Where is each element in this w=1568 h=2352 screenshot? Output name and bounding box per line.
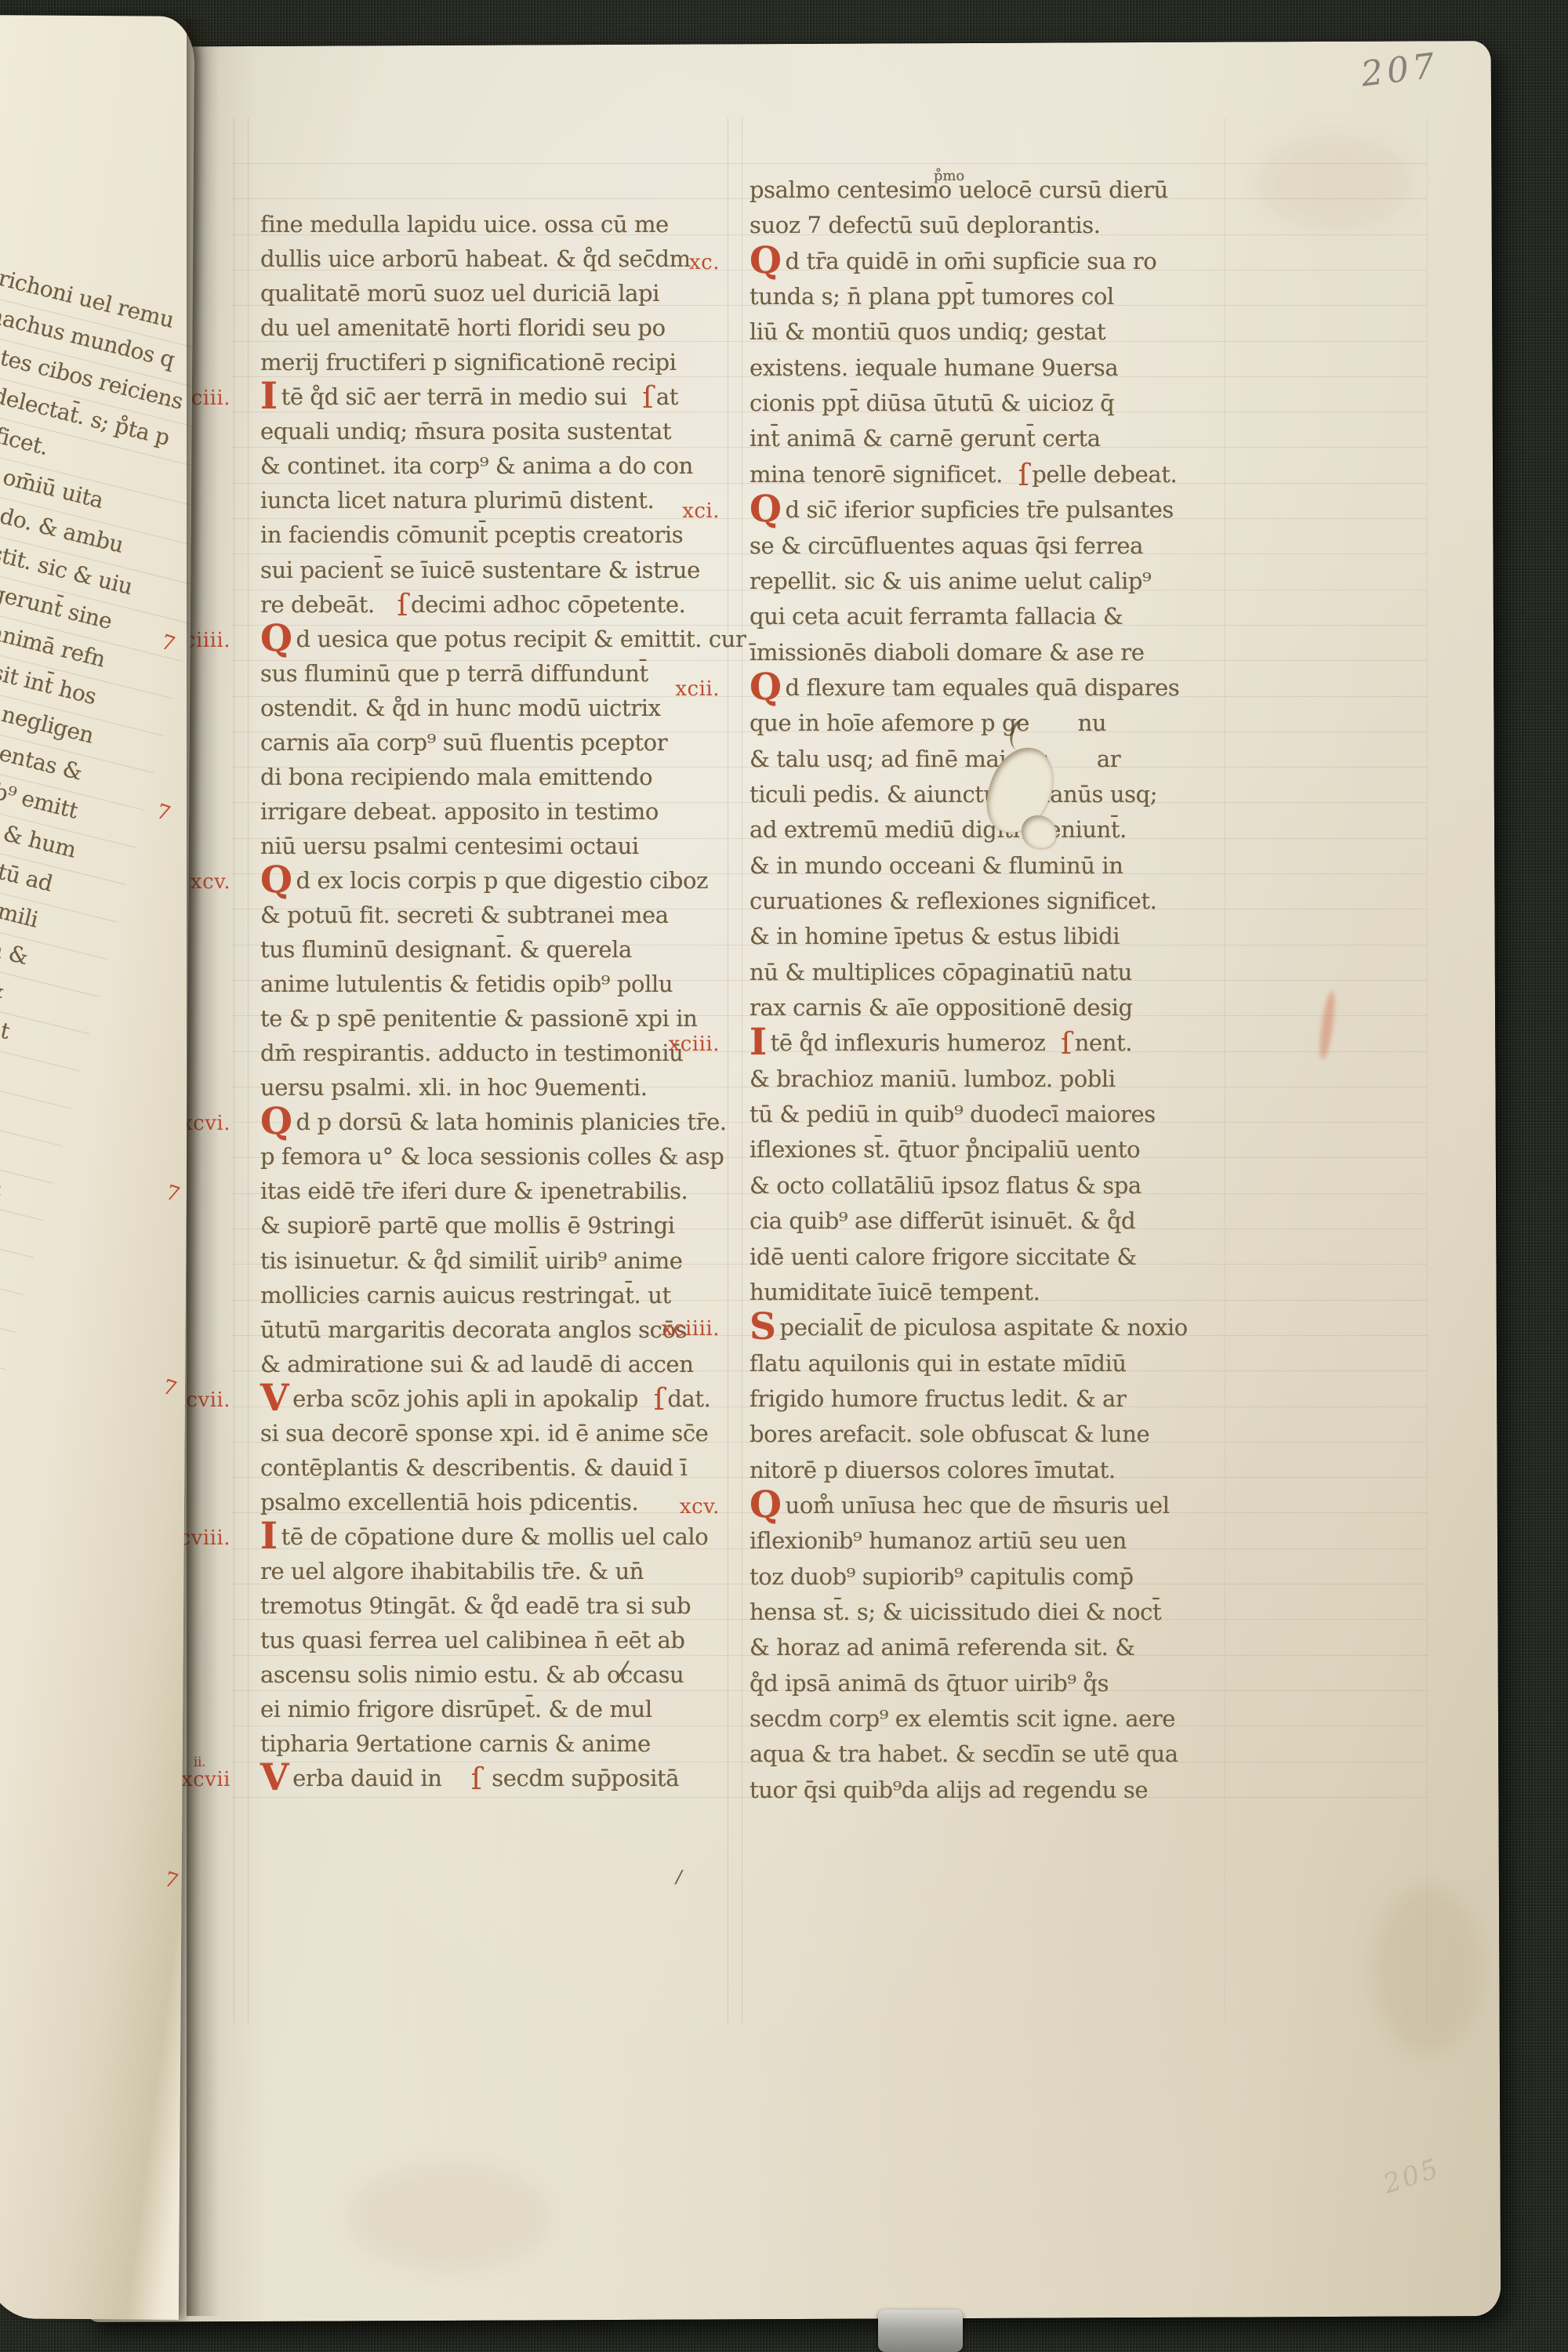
manuscript-line: nitorē p diuersos colores īmutat. bbox=[750, 1454, 1116, 1486]
manuscript-line: liū & montiū quos undiq; gestat bbox=[750, 316, 1105, 347]
manuscript-line: du uel amenitatē horti floridi seu po bbox=[260, 312, 666, 343]
rubric-initial: Q bbox=[750, 488, 782, 531]
manuscript-line: que in hoīe afemore p ge nu bbox=[750, 707, 1106, 739]
manuscript-line: di bona recipiendo mala emittendo bbox=[260, 761, 652, 793]
manuscript-line: curuationes & reflexiones significet. bbox=[750, 885, 1157, 916]
manuscript-line: tus quasi ferrea uel calibinea n̄ eēt a… bbox=[260, 1624, 685, 1656]
manuscript-line: int̄ animā & carnē gerunt̄ certa bbox=[750, 423, 1101, 454]
manuscript-line: xcv.Qd ex locis corpis p que digestio ci… bbox=[260, 865, 708, 896]
manuscript-line: dullis uice arborū habeat. & q̊d sec̄dm bbox=[260, 243, 691, 274]
manuscript-line: qualitatē morū suoz uel duriciā lapi bbox=[260, 278, 659, 309]
rule-line-vertical bbox=[1225, 118, 1225, 2023]
manuscript-line: se & circūfluentes aquas q̄si ferrea bbox=[750, 530, 1143, 561]
manuscript-line: xc.Qd tr̄a quidē in om̄i supficie sua r… bbox=[750, 245, 1156, 277]
manuscript-line: anime lutulentis & fetidis opib⁹ pollu bbox=[260, 968, 673, 1000]
rule-line-vertical bbox=[234, 118, 234, 2023]
manuscript-line: iflexiones st̄. q̄tuor p̊ncipaliū uento bbox=[750, 1134, 1140, 1165]
rule-line-vertical bbox=[248, 118, 249, 2023]
rule-line-horizontal bbox=[232, 163, 1427, 164]
manuscript-line: suoz 7 defectū suū deplorantis. bbox=[750, 209, 1101, 241]
rubric-initial: Q bbox=[260, 858, 292, 902]
manuscript-line: mollicies carnis auicus restringat̄. ut bbox=[260, 1279, 671, 1311]
interlinear-insertion: p̊mo bbox=[934, 161, 964, 192]
manuscript-line: & continet. ita corp⁹ & anima a do con bbox=[260, 450, 693, 481]
manuscript-line: tus fluminū designant̄. & querela bbox=[260, 934, 632, 965]
manuscript-line: & in homine īpetus & estus libidi bbox=[750, 920, 1120, 952]
manuscript-line: xcvi.Qd p dorsū & lata hominis planicie… bbox=[260, 1106, 727, 1138]
manuscript-line: cionis ppt̄ diūsa ūtutū & uicioz q̄ bbox=[750, 387, 1114, 419]
rubric-initial: V bbox=[260, 1756, 289, 1799]
manuscript-line: xcviii.Itē de cōpatione dure & mollis … bbox=[260, 1521, 708, 1552]
manuscript-line: humiditate īuicē tempent. bbox=[750, 1276, 1040, 1308]
manuscript-line: nū & multiplices cōpaginatiū natu bbox=[750, 956, 1132, 988]
capitulum-mark: ſ bbox=[654, 1382, 665, 1417]
chapter-numeral: xci. bbox=[682, 495, 720, 527]
capitulum-mark: ſ bbox=[1061, 1026, 1072, 1061]
manuscript-line: iflexionib⁹ humanoz artiū seu uen bbox=[750, 1525, 1127, 1556]
gutter-crease bbox=[187, 19, 220, 2316]
manuscript-line: flatu aquilonis qui in estate mīdiū bbox=[750, 1348, 1127, 1379]
manuscript-line: xcvii.Verba scōz johis apli in apokalip… bbox=[260, 1383, 711, 1414]
parchment-hole-small bbox=[1022, 815, 1056, 848]
manuscript-line: xcii.Qd flexure tam equales quā dispare… bbox=[750, 672, 1179, 703]
rubric-initial: I bbox=[750, 1021, 767, 1064]
rubric-initial: Q bbox=[750, 1483, 782, 1526]
manuscript-line: & octo collatāliū ipsoz flatus & spa bbox=[750, 1170, 1142, 1201]
manuscript-line: repellit. sic & uis anime uelut calip⁹ bbox=[750, 565, 1151, 597]
manuscript-line: tis isinuetur. & q̊d similit̄ uirib⁹ ani… bbox=[260, 1245, 683, 1276]
chapter-numeral: xc. bbox=[689, 247, 720, 278]
manuscript-line: xcv.Quom̊ unīusa hec que de m̄suris uel bbox=[750, 1490, 1170, 1521]
capitulum-mark: ſ bbox=[471, 1762, 482, 1796]
manuscript-line: re uel algore ihabitabilis tr̄e. & un̄ bbox=[260, 1555, 644, 1587]
manuscript-line: ad extremū mediū digiti īueniunt̄. bbox=[750, 814, 1127, 845]
rubric-initial: I bbox=[260, 375, 278, 418]
facing-page-text: o districhoni uel remud stomachus mundos… bbox=[0, 247, 194, 2042]
manuscript-line: sui pacient̄ se īuicē sustentare & ist… bbox=[260, 554, 700, 586]
manuscript-line: & supiorē partē que mollis ē 9stringi bbox=[260, 1210, 675, 1241]
manuscript-line: & admiratione sui & ad laudē di accen bbox=[260, 1348, 693, 1380]
manuscript-line: xciiii.Qd uesica que potus recipit & emi… bbox=[260, 623, 746, 655]
manuscript-line: tunda s; n̄ plana ppt̄ tumores col bbox=[750, 281, 1114, 312]
chapter-numeral: xciiii. bbox=[662, 1313, 720, 1345]
manuscript-line: secdm corp⁹ ex elemtis scit igne. aere bbox=[750, 1703, 1175, 1734]
manuscript-line: toz duob⁹ supiorib⁹ capitulis comp̄ bbox=[750, 1561, 1134, 1592]
manuscript-line: xciii.Itē q̊d sic̄ aer terrā in medio … bbox=[260, 381, 678, 412]
manuscript-line: ticuli pedis. & aiunctura manūs usq; bbox=[750, 779, 1157, 810]
manuscript-line: qui ceta acuit ferramta fallacia & bbox=[750, 601, 1123, 632]
manuscript-line: dm̄ respirantis. adducto in testimoniū bbox=[260, 1037, 683, 1069]
manuscript-line: xcviiii.Verba dauid in ſ secdm sup̄posit… bbox=[260, 1762, 679, 1794]
rubric-initial: I bbox=[260, 1515, 278, 1558]
manuscript-line: mina tenorē significet. ſpelle debeat. bbox=[750, 459, 1177, 490]
manuscript-photo: fine medulla lapidu uice. ossa cū medul… bbox=[0, 0, 1568, 2352]
manuscript-line: īmissionēs diaboli domare & ase re bbox=[750, 637, 1144, 668]
rubric-initial: Q bbox=[750, 239, 782, 282]
manuscript-line: cia quib⁹ ase differūt isinuēt. & q̊d bbox=[750, 1205, 1135, 1236]
manuscript-line: frigido humore fructus ledit. & ar bbox=[750, 1383, 1126, 1414]
manuscript-line: merij fructiferi p significationē recip… bbox=[260, 347, 677, 378]
manuscript-line: aqua & tra habet. & secdīn se utē qua bbox=[750, 1738, 1178, 1769]
rubric-initial: V bbox=[260, 1377, 289, 1420]
manuscript-line: irrigare debeat. apposito in testimo bbox=[260, 796, 659, 827]
manuscript-line: si sua decorē sponse xpi. id ē anime s… bbox=[260, 1417, 708, 1449]
manuscript-line: ūtutū margaritis decorata anglos scōs bbox=[260, 1314, 687, 1345]
capitulum-mark: ſ bbox=[642, 380, 653, 415]
manuscript-line: p̊mopsalmo centesimo uelocē cursū dier… bbox=[750, 174, 1168, 205]
manuscript-line: & horaz ad animā referenda sit. & bbox=[750, 1632, 1135, 1663]
manuscript-line: tipharia 9ertatione carnis & anime bbox=[260, 1728, 651, 1759]
manuscript-line: q̊d ipsā animā ds q̄tuor uirib⁹ q̊s bbox=[750, 1668, 1109, 1699]
rubric-initial: Q bbox=[750, 666, 782, 709]
manuscript-line: & brachioz maniū. lumboz. pobli bbox=[750, 1063, 1116, 1094]
manuscript-line: hensa st̄. s; & uicissitudo diei & noct̄ bbox=[750, 1596, 1161, 1628]
rubric-initial: Q bbox=[260, 1100, 292, 1143]
rubric-initial: S bbox=[750, 1305, 776, 1348]
rule-line-vertical bbox=[728, 118, 728, 2023]
manuscript-line: existens. iequale humane 9uersa bbox=[750, 352, 1118, 383]
manuscript-line: psalmo excellentiā hois pdicentis. bbox=[260, 1486, 638, 1518]
manuscript-line: uersu psalmi. xli. in hoc 9uementi. bbox=[260, 1072, 648, 1103]
manuscript-line: in faciendis cōmunit̄ pceptis creatoris bbox=[260, 519, 683, 550]
parchment-stain bbox=[1254, 136, 1412, 230]
manuscript-line: xci.Qd sic̄ iferior supficies tr̄e pulsa… bbox=[750, 494, 1174, 525]
book-cradle-clamp bbox=[878, 2310, 963, 2352]
manuscript-line: xciiii.Specialit̄ de piculosa aspitate &… bbox=[750, 1312, 1188, 1343]
manuscript-line: iuncta licet natura plurimū distent. bbox=[260, 485, 654, 516]
manuscript-line: contēplantis & describentis. & dauid ī bbox=[260, 1452, 687, 1483]
chapter-numeral: xcii. bbox=[675, 673, 720, 705]
manuscript-line: tremotus 9tingāt. & q̊d eadē tra si su… bbox=[260, 1590, 691, 1621]
rule-line-vertical bbox=[1427, 118, 1428, 2023]
manuscript-line: sus fluminū que p terrā diffundunt̄ bbox=[260, 658, 648, 689]
manuscript-line: ostendit. & q̊d in hunc modū uictrix bbox=[260, 692, 661, 724]
manuscript-line: carnis aīa corp⁹ suū fluentis pceptor bbox=[260, 727, 667, 758]
manuscript-line: & potuū fit. secreti & subtranei mea bbox=[260, 899, 669, 931]
manuscript-line: xciii.Itē q̊d inflexuris humeroz ſnent. bbox=[750, 1027, 1132, 1058]
rule-line-vertical bbox=[742, 118, 742, 2023]
manuscript-line: & in mundo occeani & fluminū in bbox=[750, 850, 1123, 881]
chapter-numeral: xcv. bbox=[680, 1491, 720, 1523]
manuscript-line: tuor q̄si quib⁹da alijs ad regendu se bbox=[750, 1774, 1148, 1806]
manuscript-line: fine medulla lapidu uice. ossa cū me bbox=[260, 209, 669, 240]
manuscript-line: re debeāt. ſdecimi adhoc cōpetente. bbox=[260, 589, 685, 620]
manuscript-line: & talu usq; ad finē maioris ar bbox=[750, 743, 1120, 775]
chapter-numeral: xciii. bbox=[669, 1029, 720, 1060]
manuscript-line: itas eidē tr̄e iferi dure & ipenetrabil… bbox=[260, 1175, 688, 1207]
manuscript-line: idē uenti calore frigore siccitate & bbox=[750, 1241, 1137, 1272]
capitulum-mark: ſ bbox=[1018, 458, 1029, 492]
manuscript-line: equali undiq; m̄sura posita sustentat bbox=[260, 416, 671, 447]
manuscript-line: niū uersu psalmi centesimi octaui bbox=[260, 830, 639, 862]
manuscript-line: p femora u° & loca sessionis colles & as… bbox=[260, 1141, 724, 1172]
manuscript-line: tū & pediū in quib⁹ duodecī maiores bbox=[750, 1098, 1156, 1130]
rubric-initial: Q bbox=[260, 617, 292, 660]
capitulum-mark: ſ bbox=[397, 588, 408, 622]
manuscript-line: ei nimio frigore disrūpet̄. & de mul bbox=[260, 1693, 652, 1725]
manuscript-line: te & p spē penitentie & passionē xpi i… bbox=[260, 1003, 697, 1034]
parchment-stain bbox=[346, 2161, 550, 2272]
manuscript-line: rax carnis & aīe oppositionē desig bbox=[750, 992, 1133, 1023]
facing-page-strip: o districhoni uel remud stomachus mundos… bbox=[0, 15, 194, 2320]
manuscript-line: bores arefacit. sole obfuscat & lune bbox=[750, 1418, 1149, 1450]
